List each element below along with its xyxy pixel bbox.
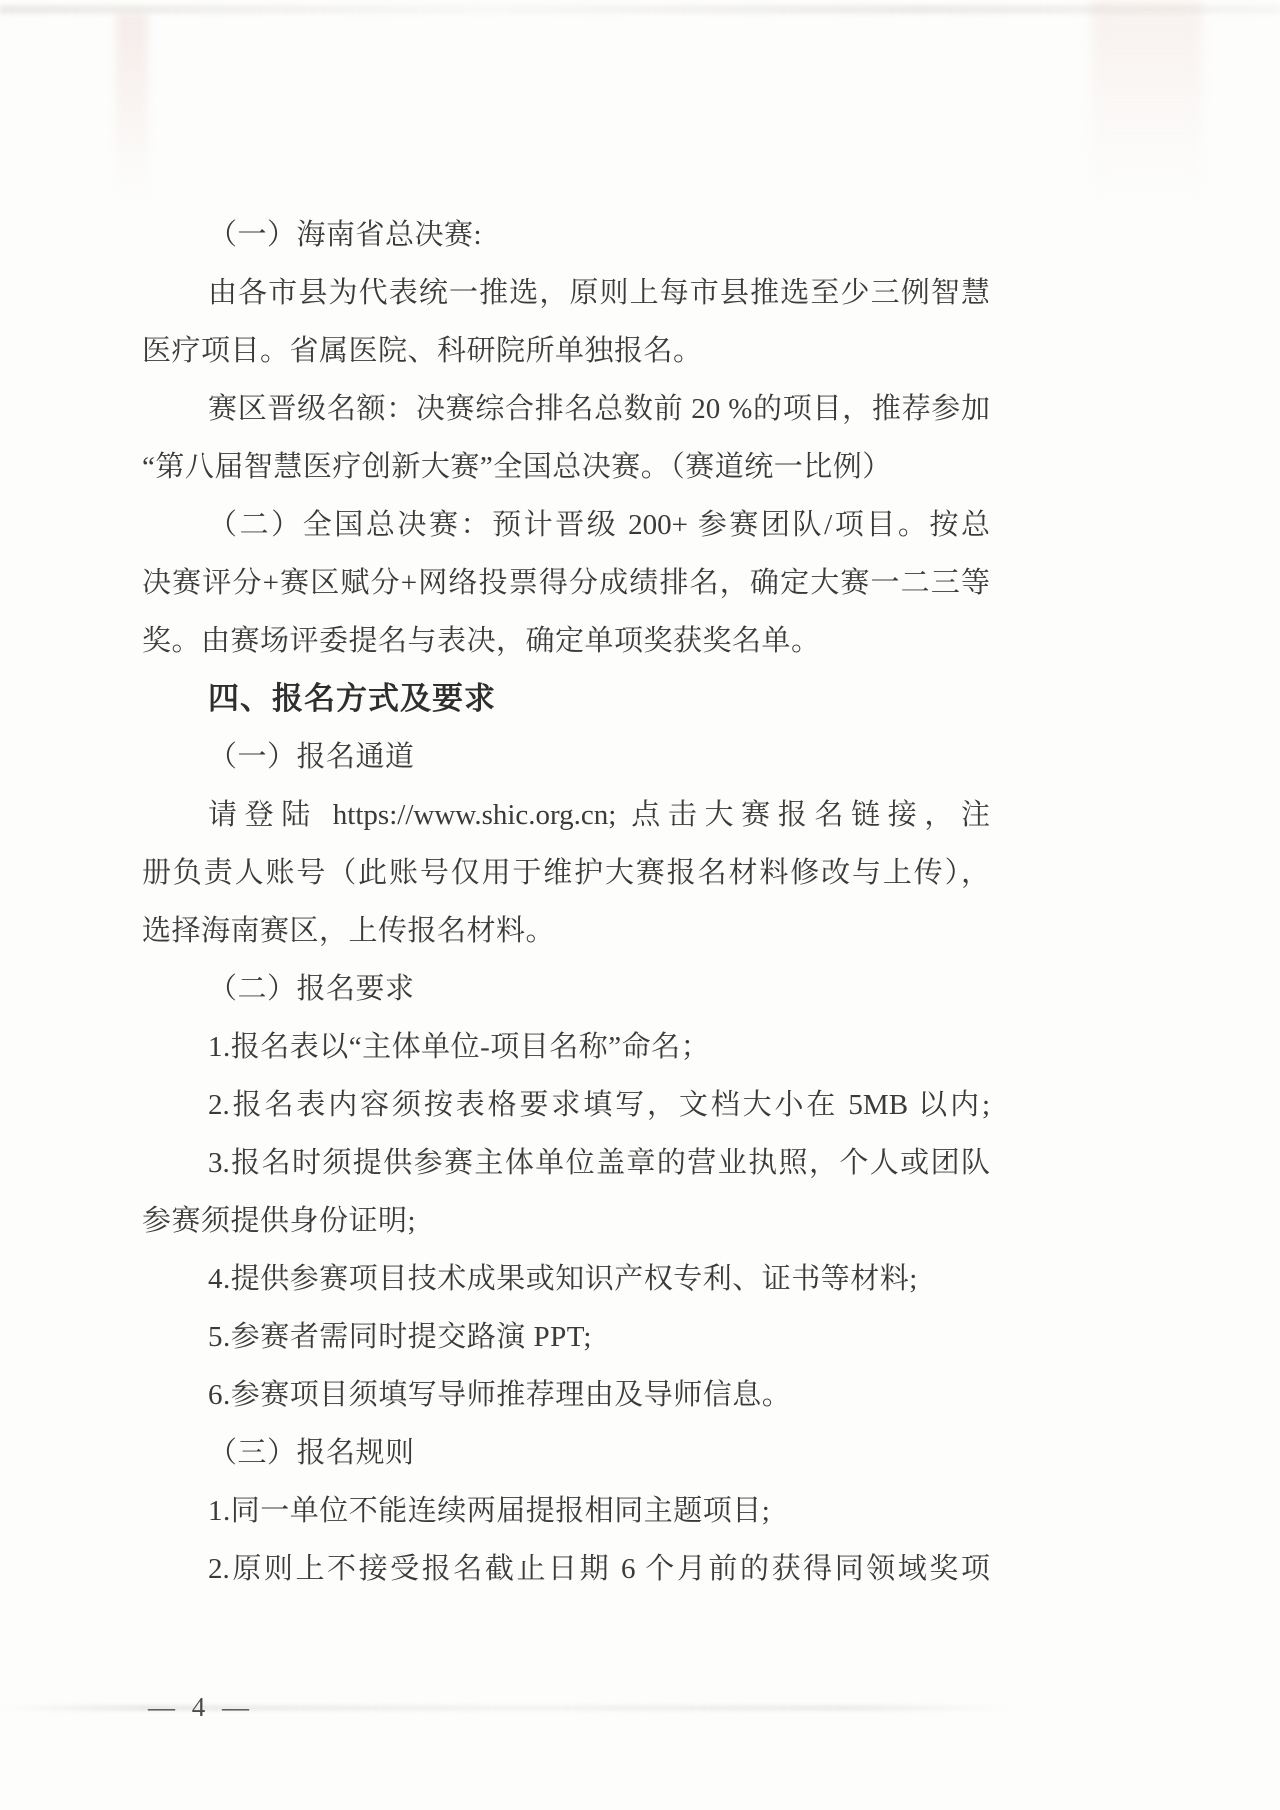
text-line: 赛区晋级名额：决赛综合排名总数前 20 %的项目，推荐参加 [142, 380, 990, 438]
text-line: 6.参赛项目须填写导师推荐理由及导师信息。 [142, 1366, 990, 1424]
text-line: 选择海南赛区，上传报名材料。 [142, 902, 990, 960]
text-line: 参赛须提供身份证明; [142, 1192, 990, 1250]
section-heading: 四、报名方式及要求 [142, 670, 990, 728]
document-body: （一）海南省总决赛:由各市县为代表统一推选，原则上每市县推选至少三例智慧医疗项目… [142, 206, 990, 1598]
scan-smudge-top-left [116, 14, 148, 199]
scan-smudge-top-edge [0, 5, 1280, 14]
text-line: （三）报名规则 [142, 1424, 990, 1482]
text-line: 3.报名时须提供参赛主体单位盖章的营业执照，个人或团队 [142, 1134, 990, 1192]
text-line: 请登陆 https://www.shic.org.cn; 点击大赛报名链接，注 [142, 786, 990, 844]
text-line: 由各市县为代表统一推选，原则上每市县推选至少三例智慧 [142, 264, 990, 322]
page-number: — 4 — [148, 1692, 254, 1723]
text-line: 医疗项目。省属医院、科研院所单独报名。 [142, 322, 990, 380]
text-line: 2.报名表内容须按表格要求填写，文档大小在 5MB 以内; [142, 1076, 990, 1134]
text-line: 2.原则上不接受报名截止日期 6 个月前的获得同领域奖项 [142, 1540, 990, 1598]
text-line: 册负责人账号（此账号仅用于维护大赛报名材料修改与上传）， [142, 844, 990, 902]
text-line: （一）海南省总决赛: [142, 206, 990, 264]
text-line: 1.报名表以“主体单位-项目名称”命名； [142, 1018, 990, 1076]
text-line: 1.同一单位不能连续两届提报相同主题项目; [142, 1482, 990, 1540]
scan-smudge-top-right [1092, 0, 1202, 195]
text-line: （二）报名要求 [142, 960, 990, 1018]
text-line: 决赛评分+赛区赋分+网络投票得分成绩排名，确定大赛一二三等 [142, 554, 990, 612]
scanned-document-page: （一）海南省总决赛:由各市县为代表统一推选，原则上每市县推选至少三例智慧医疗项目… [0, 0, 1280, 1810]
text-line: 奖。由赛场评委提名与表决，确定单项奖获奖名单。 [142, 612, 990, 670]
text-line: （一）报名通道 [142, 728, 990, 786]
text-line: 5.参赛者需同时提交路演 PPT; [142, 1308, 990, 1366]
text-line: 4.提供参赛项目技术成果或知识产权专利、证书等材料; [142, 1250, 990, 1308]
text-line: （二）全国总决赛：预计晋级 200+ 参赛团队/项目。按总 [142, 496, 990, 554]
text-line: “第八届智慧医疗创新大赛”全国总决赛。（赛道统一比例） [142, 438, 990, 496]
